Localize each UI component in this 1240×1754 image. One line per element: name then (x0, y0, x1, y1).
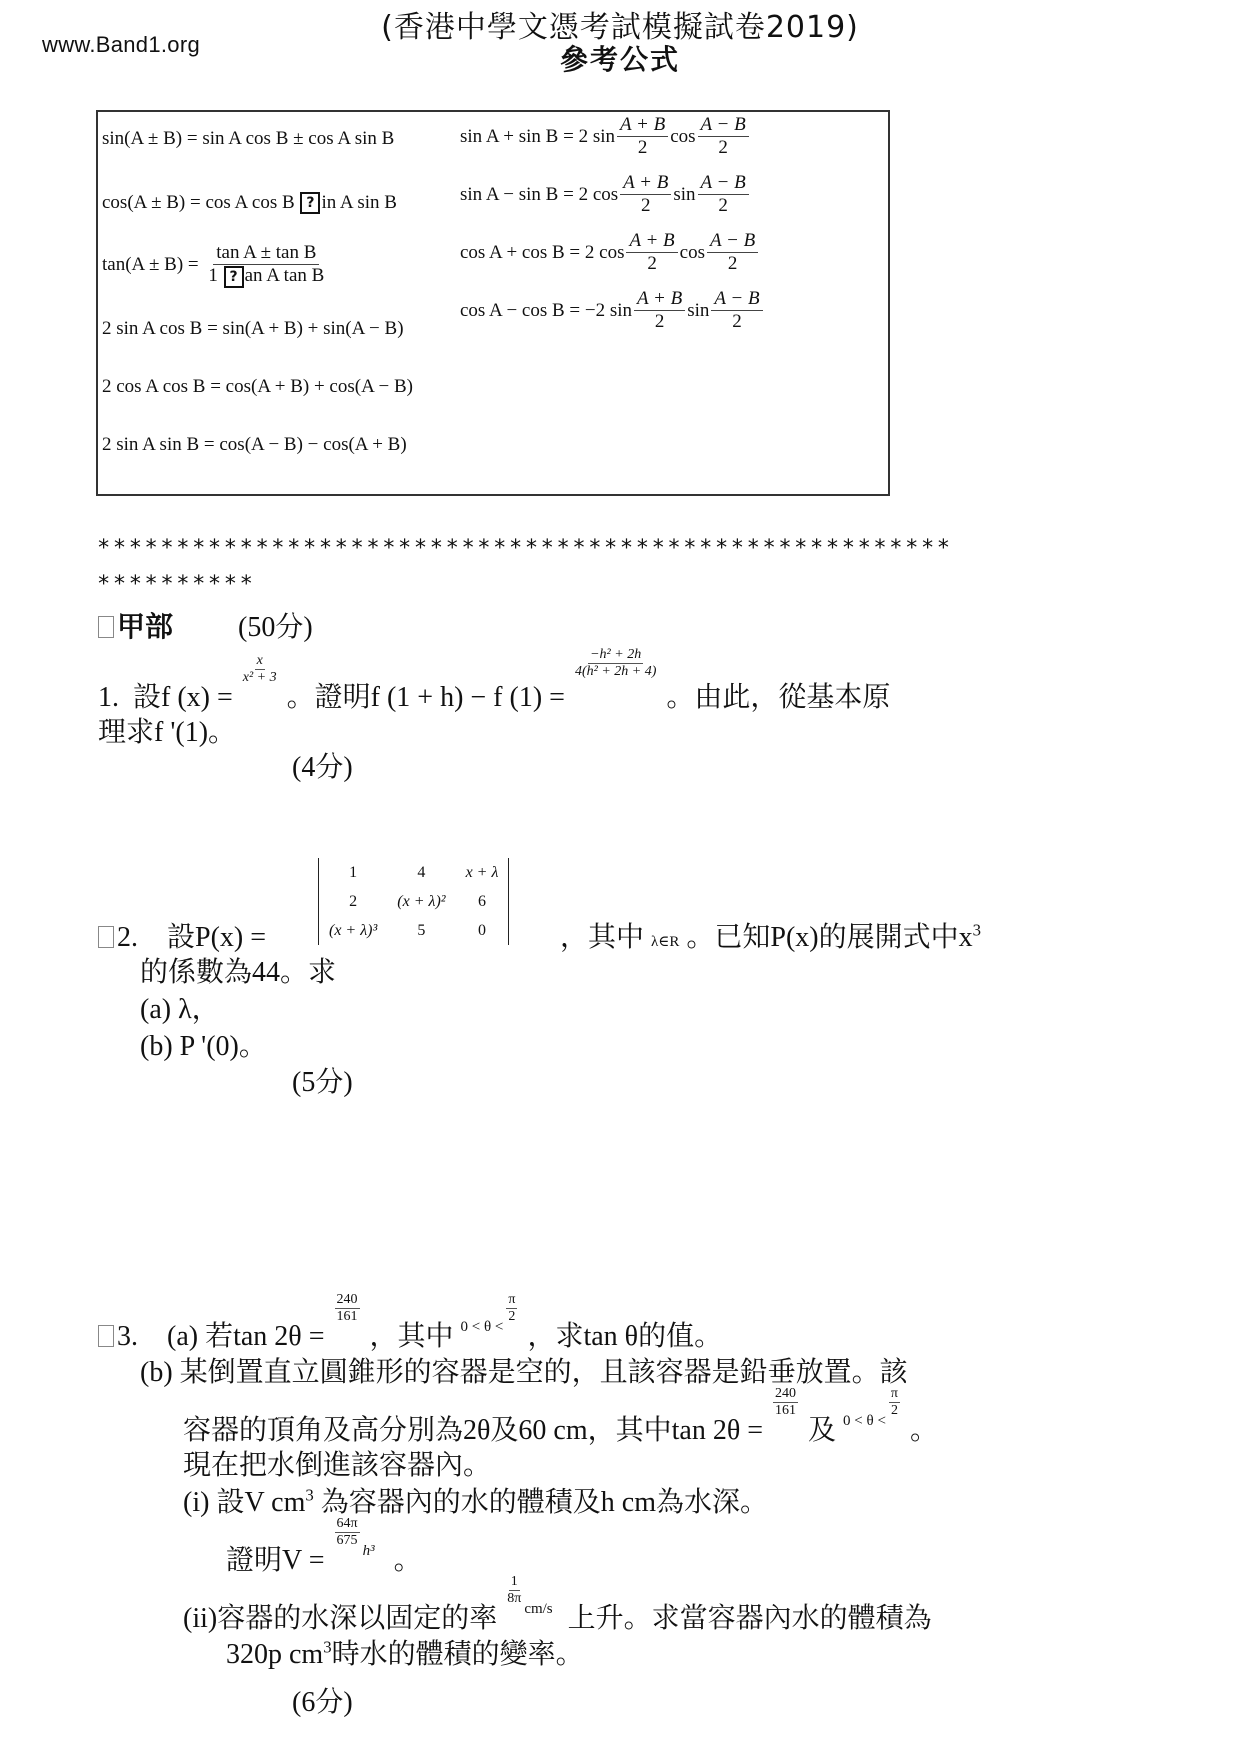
question-3-part-ii-line-2: 320p cm3時水的體積的變率。 (226, 1632, 584, 1672)
question-text: ，其中 (560, 922, 644, 953)
formula-op: sin (673, 184, 695, 206)
question-text: 若tan 2θ = (205, 1321, 324, 1352)
fraction: A − B2 (707, 230, 758, 276)
numerator: A − B (711, 288, 762, 311)
matrix-cell: (x + λ)² (387, 887, 455, 916)
question-2-marks: (5分) (292, 1060, 353, 1100)
fraction: A + B2 (620, 172, 671, 218)
den-part: 1 (208, 265, 218, 286)
formula-product-sin-cos: 2 sin A cos B = sin(A + B) + sin(A − B) (102, 318, 404, 340)
fraction: A − B2 (698, 114, 749, 160)
denominator: x² + 3 (243, 670, 277, 686)
formula-product-cos-cos: 2 cos A cos B = cos(A + B) + cos(A − B) (102, 376, 413, 398)
question-text: 為容器內的水的體積及h cm為水深。 (314, 1487, 768, 1518)
formula-sum-to-product-1: sin A + sin B = 2 sin A + B2 cos A − B2 (460, 114, 751, 160)
part-label: (b) (140, 1357, 173, 1388)
fraction-tan: 240161 (773, 1386, 798, 1419)
denominator: 8π (507, 1591, 521, 1607)
question-text: 。 (910, 1415, 938, 1446)
numerator: A − B (698, 114, 749, 137)
formula-rhs: cos(A + B) + cos(A − B) (226, 376, 413, 398)
numerator: A − B (698, 172, 749, 195)
formula-op: sin (687, 300, 709, 322)
numerator: 240 (773, 1386, 798, 1403)
question-text: 容器的水深以固定的率 (217, 1603, 497, 1634)
numerator: A + B (617, 114, 668, 137)
formula-op: cos (680, 242, 705, 264)
fraction: A − B2 (698, 172, 749, 218)
formula-product-sin-sin: 2 sin A sin B = cos(A − B) − cos(A + B) (102, 434, 407, 456)
question-text: 。 (394, 1545, 422, 1576)
question-text: 某倒置直立圓錐形的容器是空的，且該容器是鉛垂放置。該 (180, 1357, 908, 1388)
question-3-part-i-line-2: 證明V = 64π675h³ 。 (226, 1538, 422, 1578)
question-text: 時水的體積的變率。 (332, 1639, 584, 1670)
formula-coef: 2 cos (579, 184, 619, 206)
numerator: 64π (335, 1516, 360, 1533)
matrix-cell: 6 (456, 887, 509, 916)
numerator: A + B (626, 230, 677, 253)
denominator: 161 (337, 1309, 358, 1325)
matrix-cell: 1 (319, 858, 387, 887)
superscript: 3 (323, 1638, 331, 1657)
numerator: 240 (335, 1292, 360, 1309)
numerator: π (506, 1292, 517, 1309)
question-text: 及 (808, 1415, 836, 1446)
question-3-part-b-line-3: 現在把水倒進該容器內。 (183, 1443, 491, 1483)
part-label: (ii) (183, 1603, 217, 1634)
question-number: 2. (117, 922, 138, 953)
question-text: 容器的頂角及高分別為2θ及60 cm，其中tan 2θ = (183, 1415, 763, 1446)
missing-glyph-icon (98, 1325, 114, 1347)
denominator: 2 (635, 137, 651, 160)
denominator: 2 (644, 253, 660, 276)
determinant-matrix: 1 4 x + λ 2 (x + λ)² 6 (x + λ)³ 5 0 (318, 858, 509, 945)
numerator: x (255, 653, 265, 670)
fraction-volume: 64π675 (335, 1516, 360, 1549)
question-1-line-2: 理求f '(1)。 (98, 710, 236, 750)
fraction-difference: −h² + 2h4(h² + 2h + 4) (575, 647, 656, 680)
part-label: (a) (167, 1321, 198, 1352)
formula-lhs: sin(A ± B) (102, 128, 182, 150)
formula-sum-to-product-3: cos A + cos B = 2 cos A + B2 cos A − B2 (460, 230, 760, 276)
h-cubed: h³ (363, 1543, 375, 1559)
denominator: 675 (337, 1533, 358, 1549)
formula-tan-sum: tan(A ± B) = tan A ± tan B 1 ?an A tan B (102, 242, 329, 288)
numerator: 1 (509, 1574, 520, 1591)
den-part: an A tan B (245, 265, 325, 286)
question-text: 證明V = (226, 1545, 325, 1576)
question-text: 320p cm (226, 1639, 323, 1670)
separator-line-2: ********** (97, 572, 255, 597)
formula-lhs: 2 sin A sin B (102, 434, 199, 456)
formula-rhs: cos A cos B (205, 192, 294, 214)
denominator: 2 (508, 1309, 515, 1325)
question-text: 。由此，從基本原 (666, 682, 890, 713)
question-2-part-b: (b) P '(0)。 (140, 1024, 267, 1064)
superscript: 3 (973, 921, 981, 940)
formula-coef: 2 cos (585, 242, 625, 264)
denominator: 2 (729, 311, 745, 334)
denominator: 2 (715, 195, 731, 218)
question-2-line-2: 的係數為44。求 (140, 950, 336, 990)
formula-lhs: sin A − sin B (460, 184, 558, 206)
section-marks: (50分) (238, 612, 313, 643)
question-text: 設V cm (216, 1487, 305, 1518)
denominator: 2 (652, 311, 668, 334)
denominator: 2 (891, 1403, 898, 1419)
formula-rhs-tail: in A sin B (321, 192, 397, 214)
question-text: 。證明f (1 + h) − f (1) = (287, 682, 565, 713)
rate-unit: cm/s (524, 1601, 552, 1617)
numerator: π (889, 1386, 900, 1403)
section-header: 甲部 (50分) (98, 605, 313, 645)
question-number: 1. (98, 682, 119, 713)
fraction-fx: xx² + 3 (243, 653, 277, 686)
matrix-cell: 4 (387, 858, 455, 887)
fraction: A − B2 (711, 288, 762, 334)
fraction: tan A ± tan B 1 ?an A tan B (205, 242, 327, 288)
fraction: A + B2 (617, 114, 668, 160)
question-3-part-ii-line-1: (ii)容器的水深以固定的率 18πcm/s 上升。求當容器內水的體積為 (183, 1596, 932, 1636)
formula-lhs: tan(A ± B) (102, 254, 183, 276)
question-2-line-1-tail: ，其中 λ∈R 。已知P(x)的展開式中x3 (560, 915, 981, 955)
denominator: 1 ?an A tan B (205, 265, 327, 288)
page-subtitle: 參考公式 (0, 38, 1240, 78)
missing-glyph-icon: ? (224, 266, 244, 288)
question-1-line-1: 1. 設f (x) = xx² + 3 。證明f (1 + h) − f (1)… (98, 675, 890, 715)
question-3-part-a: 3. (a) 若tan 2θ = 240161 ，其中 0 < θ <π2 ，求… (98, 1314, 722, 1354)
question-text: 設f (x) = (133, 682, 233, 713)
section-title: 甲部 (117, 610, 173, 643)
matrix-row: 2 (x + λ)² 6 (319, 887, 508, 916)
formula-box: sin(A ± B) = sin A cos B ± cos A sin B c… (96, 110, 890, 496)
question-text: 上升。求當容器內水的體積為 (568, 1603, 932, 1634)
denominator: 2 (638, 195, 654, 218)
matrix-row: (x + λ)³ 5 0 (319, 916, 508, 945)
matrix-row: 1 4 x + λ (319, 858, 508, 887)
denominator: 161 (775, 1403, 796, 1419)
superscript: 3 (305, 1486, 313, 1505)
denominator: 4(h² + 2h + 4) (575, 664, 656, 680)
numerator: A + B (620, 172, 671, 195)
separator-line-1: ****************************************… (97, 536, 953, 561)
formula-coef: −2 sin (585, 300, 632, 322)
question-3-part-b-line-2: 容器的頂角及高分別為2θ及60 cm，其中tan 2θ = 240161 及 0… (183, 1408, 938, 1448)
question-3-part-b-line-1: (b) 某倒置直立圓錐形的容器是空的，且該容器是鉛垂放置。該 (140, 1350, 908, 1390)
fraction-tan: 240161 (335, 1292, 360, 1325)
missing-glyph-icon: ? (300, 192, 320, 214)
formula-sum-to-product-4: cos A − cos B = −2 sin A + B2 sin A − B2 (460, 288, 765, 334)
fraction-rate: 18π (507, 1574, 521, 1607)
matrix-cell: 5 (387, 916, 455, 945)
denominator: 2 (725, 253, 741, 276)
formula-lhs: cos A + cos B (460, 242, 565, 264)
missing-glyph-icon (98, 926, 114, 948)
question-3-part-i-line-1: (i) 設V cm3 為容器內的水的體積及h cm為水深。 (183, 1480, 768, 1520)
fraction-pi-half: π2 (506, 1292, 517, 1325)
formula-rhs: sin(A + B) + sin(A − B) (223, 318, 404, 340)
question-2-part-a: (a) λ， (140, 987, 220, 1027)
question-3-marks: (6分) (292, 1680, 353, 1720)
formula-op: cos (670, 126, 695, 148)
numerator: −h² + 2h (588, 647, 643, 664)
formula-lhs: 2 cos A cos B (102, 376, 205, 398)
formula-lhs: cos A − cos B (460, 300, 565, 322)
formula-cos-sum: cos(A ± B) = cos A cos B ?in A sin B (102, 192, 397, 214)
formula-rhs: sin A cos B ± cos A sin B (202, 128, 394, 150)
formula-sin-sum: sin(A ± B) = sin A cos B ± cos A sin B (102, 128, 394, 150)
question-text: 。已知P(x)的展開式中x (686, 922, 972, 953)
fraction: A + B2 (626, 230, 677, 276)
question-2-line-1: 2. 設P(x) = (98, 915, 266, 955)
formula-rhs: cos(A − B) − cos(A + B) (219, 434, 406, 456)
range-text: 0 < θ < (461, 1319, 504, 1335)
part-label: (i) (183, 1487, 209, 1518)
formula-coef: 2 sin (579, 126, 615, 148)
matrix-cell: 0 (456, 916, 509, 945)
matrix-cell: x + λ (456, 858, 509, 887)
fraction-pi-half: π2 (889, 1386, 900, 1419)
numerator: A − B (707, 230, 758, 253)
formula-lhs: sin A + sin B (460, 126, 558, 148)
formula-lhs: 2 sin A cos B (102, 318, 202, 340)
missing-glyph-icon (98, 616, 114, 638)
condition: λ∈R (651, 934, 679, 950)
question-text: ，求tan θ的值。 (527, 1321, 722, 1352)
question-text: ，其中 (370, 1321, 454, 1352)
numerator: A + B (634, 288, 685, 311)
fraction: A + B2 (634, 288, 685, 334)
matrix-cell: 2 (319, 887, 387, 916)
question-number: 3. (117, 1321, 138, 1352)
formula-sum-to-product-2: sin A − sin B = 2 cos A + B2 sin A − B2 (460, 172, 751, 218)
question-1-marks: (4分) (292, 745, 353, 785)
numerator: tan A ± tan B (213, 242, 319, 265)
matrix-cell: (x + λ)³ (319, 916, 387, 945)
question-text: 設P(x) = (167, 922, 266, 953)
formula-lhs: cos(A ± B) (102, 192, 185, 214)
range-text: 0 < θ < (843, 1413, 886, 1429)
denominator: 2 (715, 137, 731, 160)
